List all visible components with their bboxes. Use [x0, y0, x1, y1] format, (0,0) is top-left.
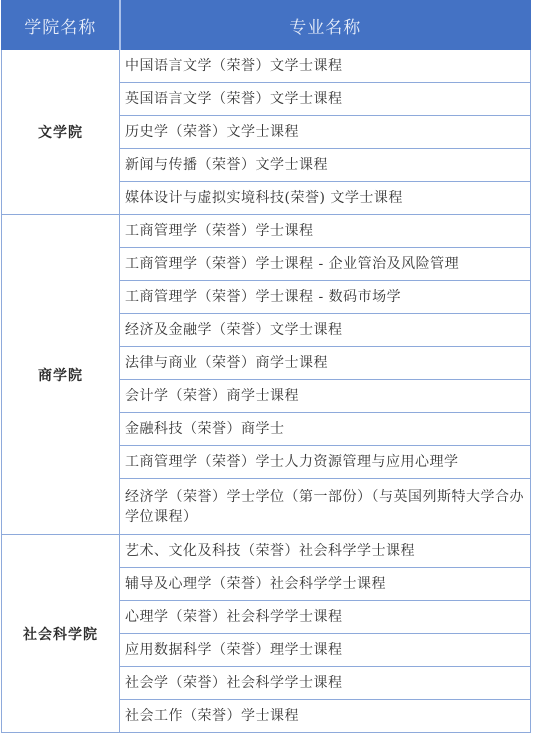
major-cell: 应用数据科学（荣誉）理学士课程: [120, 634, 531, 667]
table-row: 文学院 中国语言文学（荣誉）文学士课程: [2, 50, 531, 83]
header-school-name: 学院名称: [2, 1, 120, 50]
major-cell: 工商管理学（荣誉）学士人力资源管理与应用心理学: [120, 446, 531, 479]
major-cell: 法律与商业（荣誉）商学士课程: [120, 347, 531, 380]
major-cell: 会计学（荣誉）商学士课程: [120, 380, 531, 413]
programs-table: 学院名称 专业名称 文学院 中国语言文学（荣誉）文学士课程 英国语言文学（荣誉）…: [1, 0, 531, 728]
table-row: 社会科学院 艺术、文化及科技（荣誉）社会科学学士课程: [2, 535, 531, 568]
major-cell: 经济学（荣誉）学士学位（第一部份）（与英国列斯特大学合办学位课程）: [120, 479, 531, 535]
major-cell: 媒体设计与虚拟实境科技(荣誉) 文学士课程: [120, 182, 531, 215]
major-cell: 辅导及心理学（荣誉）社会科学学士课程: [120, 568, 531, 601]
major-cell: 工商管理学（荣誉）学士课程 - 企业管治及风险管理: [120, 248, 531, 281]
major-cell: 中国语言文学（荣誉）文学士课程: [120, 50, 531, 83]
major-cell: 工商管理学（荣誉）学士课程: [120, 215, 531, 248]
major-cell: 新闻与传播（荣誉）文学士课程: [120, 149, 531, 182]
major-cell: 社会学（荣誉）社会科学学士课程: [120, 667, 531, 700]
major-cell: 金融科技（荣誉）商学士: [120, 413, 531, 446]
major-cell: 社会工作（荣誉）学士课程: [120, 700, 531, 729]
table-row: 商学院 工商管理学（荣誉）学士课程: [2, 215, 531, 248]
major-cell: 艺术、文化及科技（荣誉）社会科学学士课程: [120, 535, 531, 568]
header-row: 学院名称 专业名称: [2, 1, 531, 50]
header-major-name: 专业名称: [120, 1, 531, 50]
school-cell-social-sciences: 社会科学院: [2, 535, 120, 729]
major-cell: 工商管理学（荣誉）学士课程 - 数码市场学: [120, 281, 531, 314]
major-cell: 心理学（荣誉）社会科学学士课程: [120, 601, 531, 634]
major-cell: 英国语言文学（荣誉）文学士课程: [120, 83, 531, 116]
major-cell: 历史学（荣誉）文学士课程: [120, 116, 531, 149]
major-cell: 经济及金融学（荣誉）文学士课程: [120, 314, 531, 347]
school-cell-business: 商学院: [2, 215, 120, 535]
school-cell-arts: 文学院: [2, 50, 120, 215]
